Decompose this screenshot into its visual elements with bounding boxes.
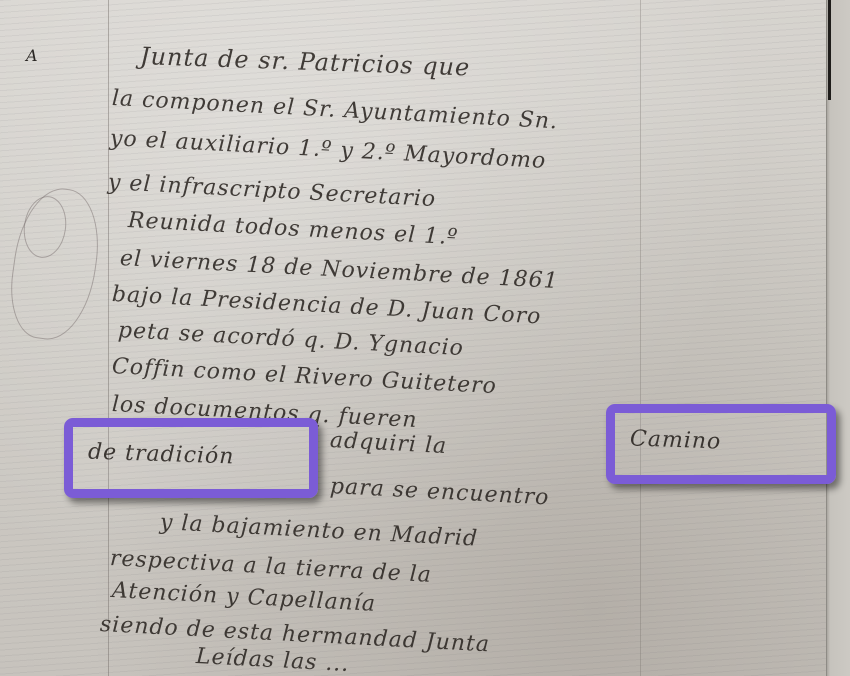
manuscript-page: A Junta de sr. Patricios quela componen … (0, 0, 850, 676)
handwritten-line: y el infrascripto Secretario (107, 170, 436, 212)
page-fold-line (640, 0, 641, 676)
handwritten-line: Reunida todos menos el 1.º (127, 208, 459, 250)
handwritten-line: Coffin como el Rivero Guitetero (111, 354, 497, 399)
left-margin-line (108, 0, 109, 676)
handwritten-line: adquiri la (329, 428, 447, 459)
handwritten-line: Atención y Capellanía (111, 578, 376, 617)
highlighted-word: Camino (630, 426, 722, 454)
handwritten-line: yo el auxiliario 1.º y 2.º Mayordomo (109, 126, 546, 174)
handwritten-line: la componen el Sr. Ayuntamiento Sn. (111, 86, 558, 134)
handwritten-line: Junta de sr. Patricios que (140, 42, 471, 82)
handwritten-line: para se encuentro (329, 474, 550, 510)
margin-mark: A (26, 46, 38, 65)
handwritten-line: peta se acordó q. D. Ygnacio (117, 318, 464, 361)
right-page-edge (826, 0, 850, 676)
binding-shadow (828, 0, 831, 100)
highlighted-word: de tradición (88, 439, 235, 469)
handwritten-line: y la bajamiento en Madrid (159, 510, 478, 552)
